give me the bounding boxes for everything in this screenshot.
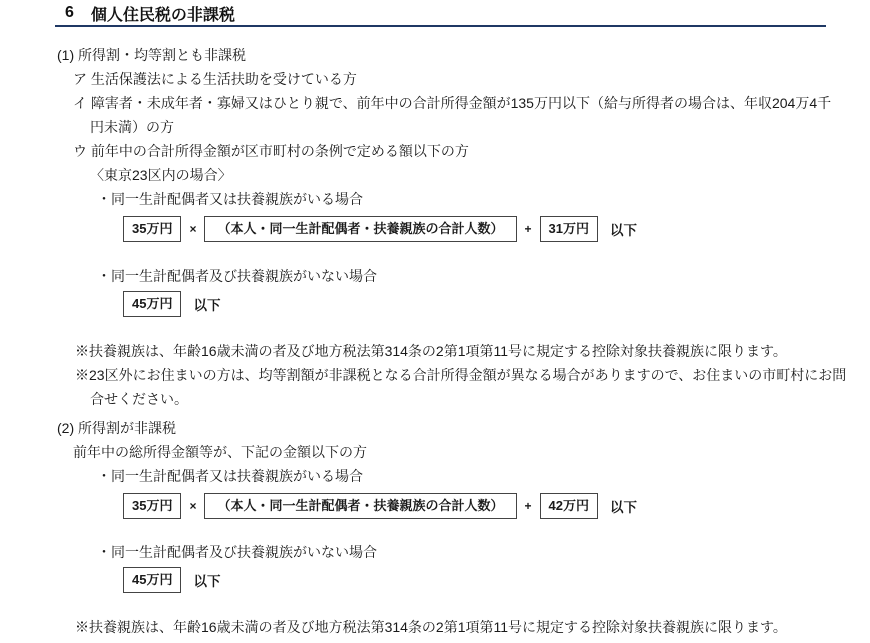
formula-base-amount-box: 35万円 bbox=[123, 216, 181, 242]
multiply-sign: × bbox=[189, 499, 196, 513]
section2-intro: 前年中の総所得金額等が、下記の金額以下の方 bbox=[73, 440, 870, 464]
section2-bullet-without-dependents: ・同一生計配偶者及び扶養親族がいない場合 bbox=[97, 540, 870, 564]
section1-bullet-without-dependents: ・同一生計配偶者及び扶養親族がいない場合 bbox=[97, 264, 870, 288]
section1-note-outside-23ku-line1: ※23区外にお住まいの方は、均等割額が非課税となる合計所得金額が異なる場合があり… bbox=[75, 363, 870, 387]
title-underline-rule bbox=[55, 25, 826, 27]
section2-heading: (2) 所得割が非課税 bbox=[57, 416, 870, 440]
formula-addend-box: 31万円 bbox=[540, 216, 598, 242]
section1-formula-without-dependents: 45万円 以下 bbox=[123, 291, 870, 317]
formula-factor-box: （本人・同一生計配偶者・扶養親族の合計人数） bbox=[204, 493, 516, 519]
section1-note-outside-23ku-line2: 合せください。 bbox=[90, 387, 870, 411]
formula-factor-box: （本人・同一生計配偶者・扶養親族の合計人数） bbox=[204, 216, 516, 242]
formula-amount-box: 45万円 bbox=[123, 567, 181, 593]
section2-formula-with-dependents: 35万円 × （本人・同一生計配偶者・扶養親族の合計人数） + 42万円 以下 bbox=[123, 492, 870, 520]
plus-sign: + bbox=[525, 222, 532, 236]
formula-amount-box: 45万円 bbox=[123, 291, 181, 317]
section1-item-u: ウ 前年中の合計所得金額が区市町村の条例で定める額以下の方 bbox=[73, 139, 870, 163]
formula-suffix: 以下 bbox=[610, 496, 637, 516]
section1-item-a: ア 生活保護法による生活扶助を受けている方 bbox=[73, 67, 870, 91]
section1-formula-with-dependents: 35万円 × （本人・同一生計配偶者・扶養親族の合計人数） + 31万円 以下 bbox=[123, 215, 870, 243]
multiply-sign: × bbox=[189, 222, 196, 236]
section1-item-i-line1: イ 障害者・未成年者・寡婦又はひとり親で、前年中の合計所得金額が135万円以下（… bbox=[73, 91, 870, 115]
page-title-text: 個人住民税の非課税 bbox=[91, 2, 235, 25]
section1-bullet-with-dependents: ・同一生計配偶者又は扶養親族がいる場合 bbox=[97, 187, 870, 211]
formula-addend-box: 42万円 bbox=[540, 493, 598, 519]
section2-bullet-with-dependents: ・同一生計配偶者又は扶養親族がいる場合 bbox=[97, 464, 870, 488]
section2-note-dependents: ※扶養親族は、年齢16歳未満の者及び地方税法第314条の2第1項第11号に規定す… bbox=[75, 615, 870, 639]
document-page: 6 個人住民税の非課税 (1) 所得割・均等割とも非課税 ア 生活保護法による生… bbox=[0, 0, 870, 643]
formula-base-amount-box: 35万円 bbox=[123, 493, 181, 519]
plus-sign: + bbox=[525, 499, 532, 513]
section1-note-dependents: ※扶養親族は、年齢16歳未満の者及び地方税法第314条の2第1項第11号に規定す… bbox=[75, 339, 870, 363]
section1-item-i-line2: 円未満）の方 bbox=[90, 115, 870, 139]
section-number: 6 bbox=[65, 4, 74, 22]
section1-heading: (1) 所得割・均等割とも非課税 bbox=[57, 43, 870, 67]
formula-suffix: 以下 bbox=[610, 219, 637, 239]
page-title: 6 個人住民税の非課税 bbox=[65, 3, 870, 23]
section2-formula-without-dependents: 45万円 以下 bbox=[123, 567, 870, 593]
formula-suffix: 以下 bbox=[193, 294, 220, 314]
formula-suffix: 以下 bbox=[193, 570, 220, 590]
section1-tokyo-label: 〈東京23区内の場合〉 bbox=[90, 163, 870, 187]
